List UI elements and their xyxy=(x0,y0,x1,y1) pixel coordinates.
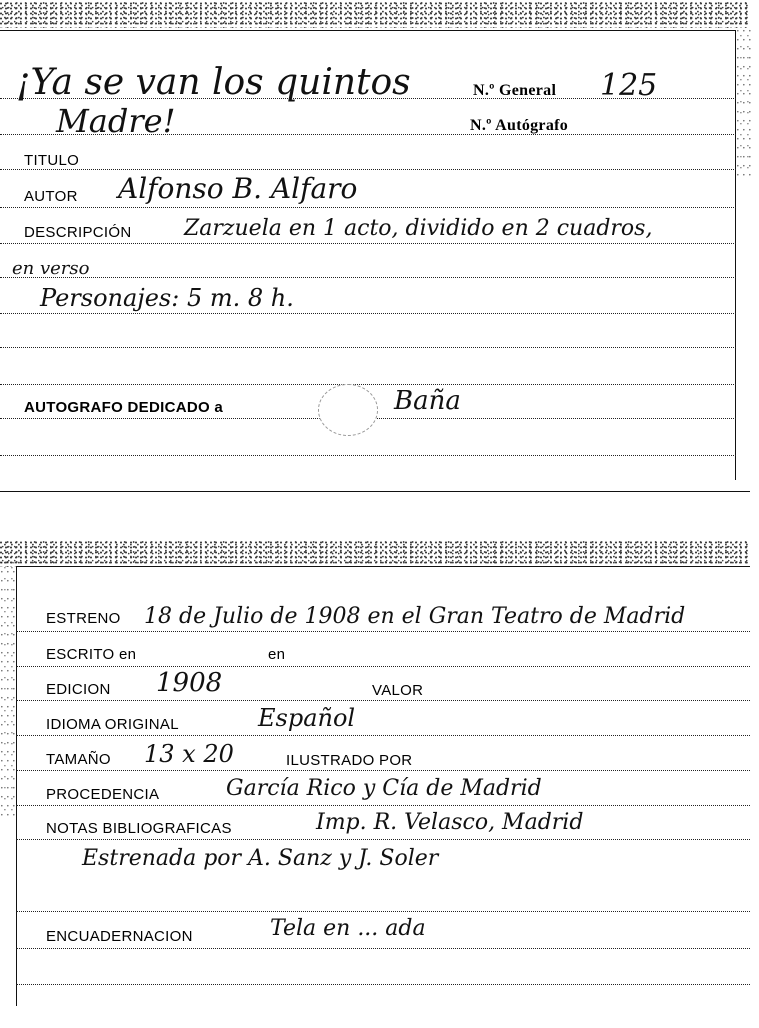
label-tamano: TAMAÑO xyxy=(46,751,111,768)
value-notas-line2: Estrenada por A. Sanz y J. Soler xyxy=(82,846,438,871)
label-descripcion: DESCRIPCIÓN xyxy=(24,224,131,241)
value-procedencia: García Rico y Cía de Madrid xyxy=(226,776,542,801)
title-handwritten: ¡Ya se van los quintos xyxy=(16,62,411,103)
value-autor: Alfonso B. Alfaro xyxy=(118,172,357,205)
label-autografo-dedicado: AUTOGRAFO DEDICADO a xyxy=(24,399,223,416)
value-encuadernacion: Tela en ... ada xyxy=(270,916,426,941)
value-edicion: 1908 xyxy=(156,668,222,698)
card-top: ¡Ya se van los quintos N.º General 125 M… xyxy=(0,0,736,490)
value-idioma-original: Español xyxy=(258,704,355,732)
label-notas-bibliograficas: NOTAS BIBLIOGRAFICAS xyxy=(46,820,232,837)
value-autografo-dedicado: Baña xyxy=(394,386,461,416)
card-divider xyxy=(0,491,750,492)
value-descripcion-line2: en verso xyxy=(12,258,89,279)
redacted-area xyxy=(318,384,378,436)
label-escrito-en: ESCRITO en xyxy=(46,646,136,663)
title-handwritten-line2: Madre! xyxy=(56,102,175,140)
label-numero-autografo: N.º Autógrafo xyxy=(470,117,568,135)
label-autor: AUTOR xyxy=(24,188,78,205)
label-escrito-en-2: en xyxy=(268,646,285,663)
value-personajes: Personajes: 5 m. 8 h. xyxy=(40,284,294,312)
value-numero-general: 125 xyxy=(600,68,657,103)
label-numero-general: N.º General xyxy=(473,82,556,100)
value-estreno: 18 de Julio de 1908 en el Gran Teatro de… xyxy=(144,604,685,629)
card-top-side-texture xyxy=(736,28,754,178)
card-bottom-edge-texture xyxy=(0,541,750,567)
card-bottom: ESTRENO 18 de Julio de 1908 en el Gran T… xyxy=(16,566,750,1006)
label-valor: VALOR xyxy=(372,682,423,699)
value-notas-line1: Imp. R. Velasco, Madrid xyxy=(316,810,583,835)
label-idioma-original: IDIOMA ORIGINAL xyxy=(46,716,179,733)
label-titulo: TITULO xyxy=(24,152,79,169)
label-ilustrado-por: ILUSTRADO POR xyxy=(286,752,412,769)
label-procedencia: PROCEDENCIA xyxy=(46,786,159,803)
value-descripcion-line1: Zarzuela en 1 acto, dividido en 2 cuadro… xyxy=(184,216,652,241)
label-estreno: ESTRENO xyxy=(46,610,121,627)
value-tamano: 13 x 20 xyxy=(144,740,234,768)
label-encuadernacion: ENCUADERNACION xyxy=(46,928,193,945)
label-edicion: EDICION xyxy=(46,681,111,698)
